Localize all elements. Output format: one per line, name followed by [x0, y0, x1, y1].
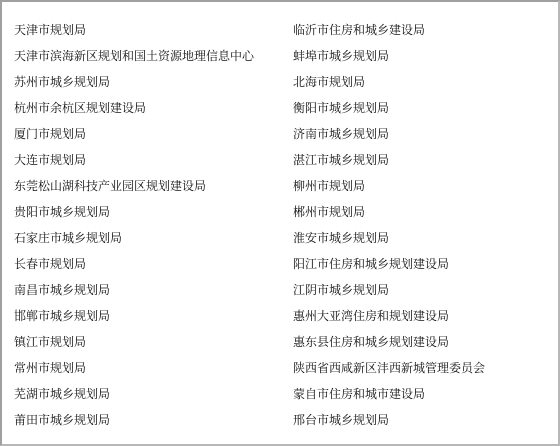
list-item: 杭州市余杭区规划建设局	[14, 95, 254, 121]
list-item: 陕西省西咸新区沣西新城管理委员会	[293, 355, 485, 381]
list-item: 苏州市城乡规划局	[14, 69, 254, 95]
list-item: 天津市规划局	[14, 17, 254, 43]
list-item: 厦门市规划局	[14, 121, 254, 147]
list-item: 济南市城乡规划局	[293, 121, 485, 147]
list-item: 长春市规划局	[14, 251, 254, 277]
list-item: 江阴市城乡规划局	[293, 277, 485, 303]
list-item: 郴州市规划局	[293, 199, 485, 225]
list-item: 芜湖市城乡规划局	[14, 381, 254, 407]
list-item: 邯郸市城乡规划局	[14, 303, 254, 329]
list-item: 南昌市城乡规划局	[14, 277, 254, 303]
list-item: 衡阳市城乡规划局	[293, 95, 485, 121]
left-column-list: 天津市规划局 天津市滨海新区规划和国土资源地理信息中心 苏州市城乡规划局 杭州市…	[14, 17, 254, 433]
list-item: 东莞松山湖科技产业园区规划建设局	[14, 173, 254, 199]
right-column-list: 临沂市住房和城乡建设局 蚌埠市城乡规划局 北海市规划局 衡阳市城乡规划局 济南市…	[293, 17, 485, 433]
list-item: 常州市规划局	[14, 355, 254, 381]
list-item: 柳州市规划局	[293, 173, 485, 199]
list-item: 莆田市城乡规划局	[14, 407, 254, 433]
list-item: 镇江市规划局	[14, 329, 254, 355]
list-item: 石家庄市城乡规划局	[14, 225, 254, 251]
list-item: 淮安市城乡规划局	[293, 225, 485, 251]
list-item: 北海市规划局	[293, 69, 485, 95]
list-item: 大连市规划局	[14, 147, 254, 173]
list-item: 临沂市住房和城乡建设局	[293, 17, 485, 43]
list-item: 蒙自市住房和城市建设局	[293, 381, 485, 407]
list-item: 贵阳市城乡规划局	[14, 199, 254, 225]
list-item: 惠州大亚湾住房和规划建设局	[293, 303, 485, 329]
organization-list-panel: 天津市规划局 天津市滨海新区规划和国土资源地理信息中心 苏州市城乡规划局 杭州市…	[0, 0, 560, 446]
list-item: 湛江市城乡规划局	[293, 147, 485, 173]
list-item: 蚌埠市城乡规划局	[293, 43, 485, 69]
list-item: 阳江市住房和城乡规划建设局	[293, 251, 485, 277]
list-item: 邢台市城乡规划局	[293, 407, 485, 433]
list-item: 天津市滨海新区规划和国土资源地理信息中心	[14, 43, 254, 69]
list-item: 惠东县住房和城乡规划建设局	[293, 329, 485, 355]
